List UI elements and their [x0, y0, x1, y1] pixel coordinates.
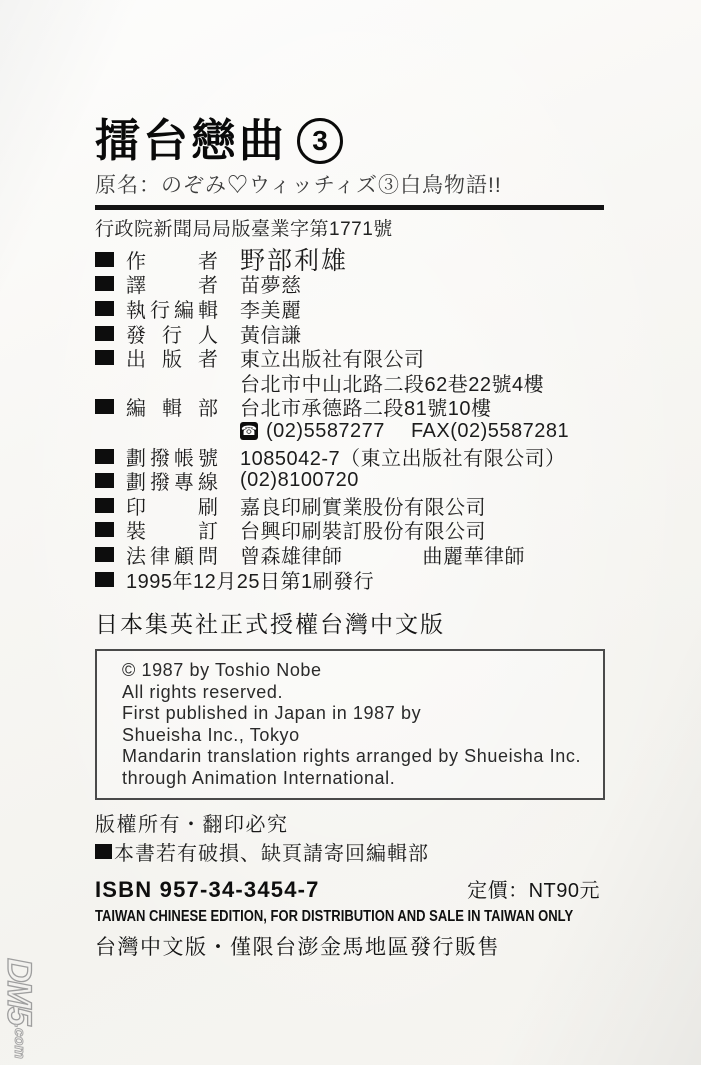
credit-value: (02)8100720 — [240, 469, 359, 492]
credit-row-executive-editor: 執行編輯 李美麗 — [95, 296, 609, 321]
credit-value-2: 曲麗華律師 — [423, 540, 526, 569]
volume-number: 3 — [312, 125, 328, 157]
credit-row-author: 作者 野部利雄 — [95, 247, 609, 272]
bullet-square-icon — [95, 276, 114, 291]
isbn-price-row: ISBN 957-34-3454-7 定價：NT90元 — [95, 874, 600, 902]
bullet-square-icon — [95, 547, 114, 562]
credit-row-postal-hotline: 劃撥專線 (02)8100720 — [95, 468, 609, 493]
bullet-square-icon — [95, 301, 114, 316]
bullet-square-icon — [95, 522, 114, 537]
credit-value: 1085042-7（東立出版社有限公司） — [240, 442, 566, 471]
bullet-square-icon — [95, 252, 114, 267]
damage-return-text: 本書若有破損、缺頁請寄回編輯部 — [114, 837, 429, 866]
bullet-square-icon — [95, 399, 114, 414]
copyright-line: Shueisha Inc., Tokyo — [122, 725, 595, 747]
copyright-line: All rights reserved. — [122, 682, 595, 704]
dm5-watermark-text: DM5 — [0, 958, 38, 1024]
bullet-square-icon — [95, 498, 114, 513]
credit-row-printing: 印刷 嘉良印刷實業股份有限公司 — [95, 493, 609, 518]
credits-list: 作者 野部利雄 譯者 苗夢慈 執行編輯 李美麗 發行人 黃信謙 出版者 東立出版… — [95, 247, 609, 591]
bullet-square-icon — [95, 449, 114, 464]
colophon-page: 擂台戀曲 3 原名：のぞみ♡ウィッチィズ③白鳥物語!! 行政院新聞局局版臺業字第… — [95, 114, 609, 961]
bullet-square-icon — [95, 326, 114, 341]
license-number: 行政院新聞局局版臺業字第1771號 — [95, 217, 609, 242]
dm5-watermark-suffix: .com — [11, 1024, 28, 1059]
book-title: 擂台戀曲 — [95, 115, 287, 167]
bullet-square-icon — [95, 350, 114, 365]
original-title: 原名：のぞみ♡ウィッチィズ③白鳥物語!! — [95, 172, 609, 200]
rights-reserved-line: 版權所有・翻印必究 — [95, 812, 609, 838]
damage-return-line: 本書若有破損、缺頁請寄回編輯部 — [95, 838, 609, 864]
credit-row-translator: 譯者 苗夢慈 — [95, 272, 609, 297]
credit-row-publishing-company: 出版者 東立出版社有限公司 — [95, 345, 609, 370]
fax-number: FAX(02)5587281 — [411, 420, 569, 443]
bullet-square-icon — [95, 572, 114, 587]
credit-row-publisher-person: 發行人 黃信謙 — [95, 321, 609, 346]
phone-number: (02)5587277 — [266, 420, 385, 443]
bullet-square-icon — [95, 844, 112, 859]
chinese-edition-notice: 台灣中文版・僅限台澎金馬地區發行販售 — [95, 931, 609, 961]
credit-row-legal-advisors: 法律顧問 曾森雄律師 曲麗華律師 — [95, 542, 609, 567]
divider-rule — [95, 205, 604, 210]
copyright-line: Mandarin translation rights arranged by … — [122, 746, 595, 768]
copyright-line: First published in Japan in 1987 by — [122, 703, 595, 725]
isbn-number: ISBN 957-34-3454-7 — [95, 877, 320, 903]
issue-date: 1995年12月25日第1刷發行 — [126, 565, 374, 594]
copyright-box: © 1987 by Toshio Nobe All rights reserve… — [95, 649, 605, 800]
credit-label: 出版者 — [126, 343, 218, 372]
price-label: 定價：NT90元 — [467, 874, 600, 903]
credit-label: 編輯部 — [126, 392, 218, 421]
credit-row-phone-fax: ☎ (02)5587277 FAX(02)5587281 — [95, 419, 609, 444]
credit-row-postal-account: 劃撥帳號 1085042-7（東立出版社有限公司） — [95, 444, 609, 469]
authorization-line: 日本集英社正式授權台灣中文版 — [95, 609, 609, 639]
credit-row-binding: 裝訂 台興印刷裝訂股份有限公司 — [95, 518, 609, 543]
bullet-square-icon — [95, 473, 114, 488]
credit-row-publisher-address: 台北市中山北路二段62巷22號4樓 — [95, 370, 609, 395]
copyright-line: © 1987 by Toshio Nobe — [122, 660, 595, 682]
english-edition-notice: TAIWAN CHINESE EDITION, FOR DISTRIBUTION… — [95, 909, 527, 925]
credit-row-editorial-dept: 編輯部 台北市承德路二段81號10樓 — [95, 395, 609, 420]
dm5-watermark: DM5.com — [2, 958, 36, 1059]
credit-value: 台北市承德路二段81號10樓 — [240, 392, 492, 421]
volume-number-badge: 3 — [297, 118, 343, 164]
copyright-line: through Animation International. — [122, 768, 595, 790]
title-row: 擂台戀曲 3 — [95, 114, 609, 168]
telephone-icon: ☎ — [240, 422, 258, 440]
credit-row-issue-date: 1995年12月25日第1刷發行 — [95, 567, 609, 592]
